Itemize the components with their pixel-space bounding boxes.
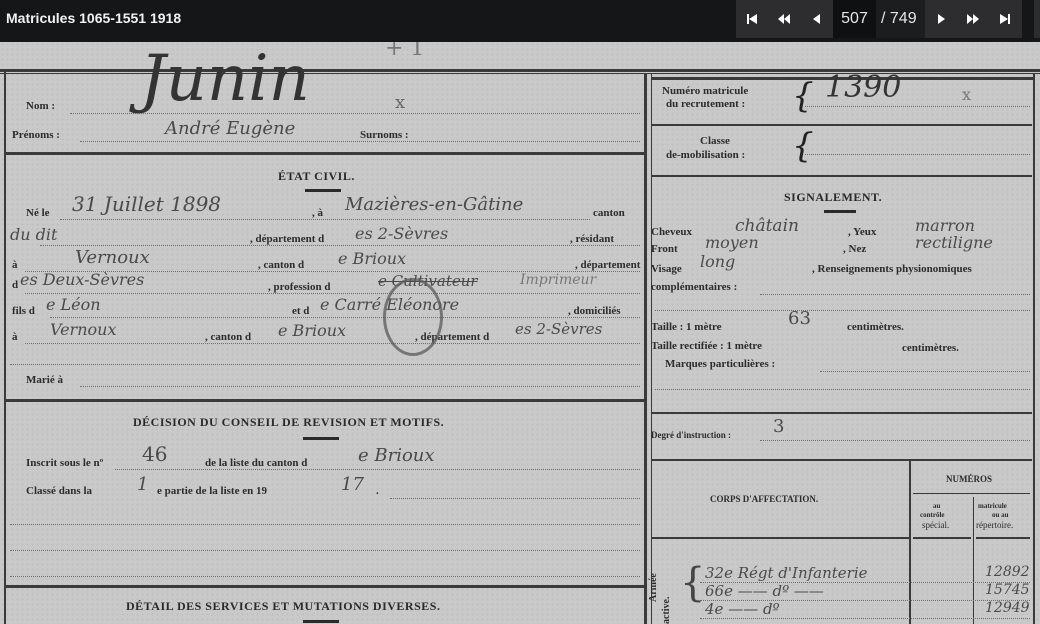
active-label: active. [661,597,672,624]
taille-label: Taille : 1 mètre [651,321,722,333]
liste-value: e Brioux [358,445,435,466]
compl-line [760,294,1030,295]
instruction-label: Degré d'instruction : [651,430,731,440]
page-indicator: 507 / 749 [833,0,925,38]
classe-mob-label-2: de-mobilisation : [666,149,745,161]
corps-header: CORPS D'AFFECTATION. [710,494,818,504]
numeros-rule [913,493,1030,494]
fast-back-button[interactable] [768,0,800,38]
dom-value: Vernoux [50,320,116,339]
canton2-value: e Brioux [338,249,406,268]
previous-page-button[interactable] [800,0,832,38]
armee-label: Armée [648,573,659,602]
right-rule-4 [652,459,1032,461]
document-scan[interactable]: + 1 Junin x Nom : Prénoms : André Eugène… [0,42,1040,624]
canton2-label: , canton d [258,259,304,271]
dom-a-label: à [12,331,18,343]
classe-mob-label-1: Classe [700,135,730,147]
marie-label: Marié à [26,374,63,386]
ne-le-label: Né le [26,207,50,219]
line-6 [25,343,640,344]
title-dash-2 [303,437,339,440]
nav-group-forward [925,0,1022,38]
nom-label: Nom : [26,100,55,112]
affectation-corps: 66e —— dº —— [705,582,824,600]
frame-right-rule [1033,74,1035,624]
signalement-title: SIGNALEMENT. [784,190,882,205]
fils-value: e Léon [46,295,101,314]
nez-value: rectiligne [915,233,993,252]
classe-label: Classé dans la [26,485,92,497]
residant-label: , résidant [570,233,614,245]
brace-1: { [792,76,814,116]
matricule-h2: ou au [992,511,1009,519]
table-header-rule-3 [976,537,1030,539]
title-dash-3 [303,620,339,623]
front-label: Front [651,243,678,255]
triangle-left-icon [813,14,820,24]
right-rule-2 [652,175,1032,177]
residant-a-label: à [12,259,18,271]
right-rule-3 [652,412,1032,414]
cheveux-label: Cheveux [651,226,692,238]
taille-value: 63 [788,308,811,329]
dom-canton-label: , canton d [205,331,251,343]
total-pages: / 749 [876,10,917,28]
inscrit-value: 46 [142,442,167,466]
section-rule [6,152,644,155]
triangle-right-icon [938,14,945,24]
numeros-header: NUMÉROS [946,474,992,484]
rewind-icon [778,14,790,24]
line-9 [115,469,640,470]
classe-value: 1 [137,474,148,495]
affectation-matricule: 12949 [985,600,1030,616]
toolbar-edge [1034,0,1040,38]
numero-label-2: du recrutement : [666,98,745,110]
right-rule-1 [652,124,1032,126]
visage-label: Visage [651,263,682,275]
marques-label: Marques particulières : [665,358,775,370]
skip-first-icon [747,14,757,24]
dom-dept-value: es 2-Sèvres [515,320,602,338]
skip-last-icon [1000,14,1010,24]
departement2-label: , département [575,259,640,271]
row-line [700,618,1030,619]
visage-value: long [700,252,735,271]
marques-line [820,371,1030,372]
line-5 [50,317,640,318]
document-title: Matricules 1065-1551 1918 [6,10,181,26]
decision-title: DÉCISION DU CONSEIL DE REVISION ET MOTIF… [133,415,444,430]
next-page-button[interactable] [925,0,957,38]
affectation-corps: 32e Régt d'Infanterie [705,564,868,582]
line-2 [40,245,640,246]
line-7 [10,364,640,365]
birth-place: Mazières-en-Gâtine [345,194,523,215]
profession-label: , profession d [268,281,330,293]
fils-label: fils d [12,305,35,317]
line-10 [390,498,640,499]
etat-civil-title: ÉTAT CIVIL. [278,169,355,184]
affectation-corps: 4e —— dº [705,600,780,618]
numero-line [805,106,1030,107]
departement2-prefix: d [12,279,18,291]
controle-h2: contrôle [920,511,945,519]
controle-h1: au [933,502,940,510]
profession-value: Imprimeur [520,272,596,288]
partie-label: e partie de la liste en 19 [157,485,267,497]
title-dash [305,189,341,192]
numero-value: 1390 [825,70,901,105]
nom-value: Junin [140,42,310,116]
first-page-button[interactable] [736,0,768,38]
canton-value: du dit [10,225,57,244]
cross-mark-2: x [962,85,971,104]
departement2-value: es Deux-Sèvres [20,270,144,289]
pencil-mark: + 1 [385,42,424,61]
matricule-h1: matricule [978,502,1007,510]
et-de-label: et d [292,305,309,317]
viewer-toolbar: Matricules 1065-1551 1918 507 / 749 [0,0,1040,42]
line-12 [10,550,640,551]
classe-line [805,154,1030,155]
yeux-label: , Yeux [848,226,876,238]
complementaires-label: complémentaires : [651,281,737,293]
departement-value: es 2-Sèvres [355,224,448,243]
prenoms-value: André Eugène [165,118,295,139]
liste-label: de la liste du canton d [205,457,307,469]
numero-label-1: Numéro matricule [662,85,748,97]
prenoms-label: Prénoms : [12,129,60,141]
services-title: DÉTAIL DES SERVICES ET MUTATIONS DIVERSE… [126,599,440,614]
nav-group-back [736,0,833,38]
brace-2: { [792,126,814,166]
front-value: moyen [705,233,759,252]
table-divider-2 [973,497,974,624]
annee-suffix: . [376,485,379,497]
birth-date: 31 Juillet 1898 [72,192,221,216]
departement-label: , département d [250,233,324,245]
last-page-button[interactable] [989,0,1021,38]
line-13 [10,576,640,577]
a-label: , à [312,207,323,219]
official-stamp [383,278,443,356]
dom-canton-value: e Brioux [278,321,346,340]
table-header-rule-2 [913,537,971,539]
domicilies-label: , domiciliés [568,305,621,317]
fast-forward-icon [967,14,979,24]
residant-value: Vernoux [75,247,150,268]
marques-line-2 [655,389,1030,390]
affectation-matricule: 12892 [985,564,1030,580]
fast-forward-button[interactable] [957,0,989,38]
surnoms-label: Surnoms : [360,129,409,141]
nom-line [70,113,640,114]
matricule-h3: répertoire. [976,520,1013,530]
line-8 [80,386,640,387]
instruction-value: 3 [773,416,784,437]
controle-h3: spécial. [922,520,949,530]
current-page-input[interactable]: 507 [833,0,876,38]
annee-value: 17 [341,474,364,495]
line-11 [10,524,640,525]
renseignements-label: , Renseignements physionomiques [812,263,972,275]
prenoms-line [80,141,640,142]
column-divider [644,74,647,624]
taille-unit: centimètres. [847,321,904,333]
line-1 [60,219,590,220]
affectation-matricule: 15745 [985,582,1030,598]
taille-rect-unit: centimètres. [902,342,959,354]
instruction-line [760,440,1030,441]
title-dash-4 [824,210,856,213]
line-4 [25,293,640,294]
canton-label: canton [593,207,625,219]
compl-line-2 [655,310,1030,311]
cross-mark: x [395,92,405,113]
table-header-rule [652,537,909,539]
taille-rect-label: Taille rectifiée : 1 mètre [651,340,762,352]
section-rule-2 [6,399,644,402]
section-rule-3 [6,585,644,588]
nez-label: , Nez [843,243,866,255]
inscrit-label: Inscrit sous le nº [26,457,103,469]
